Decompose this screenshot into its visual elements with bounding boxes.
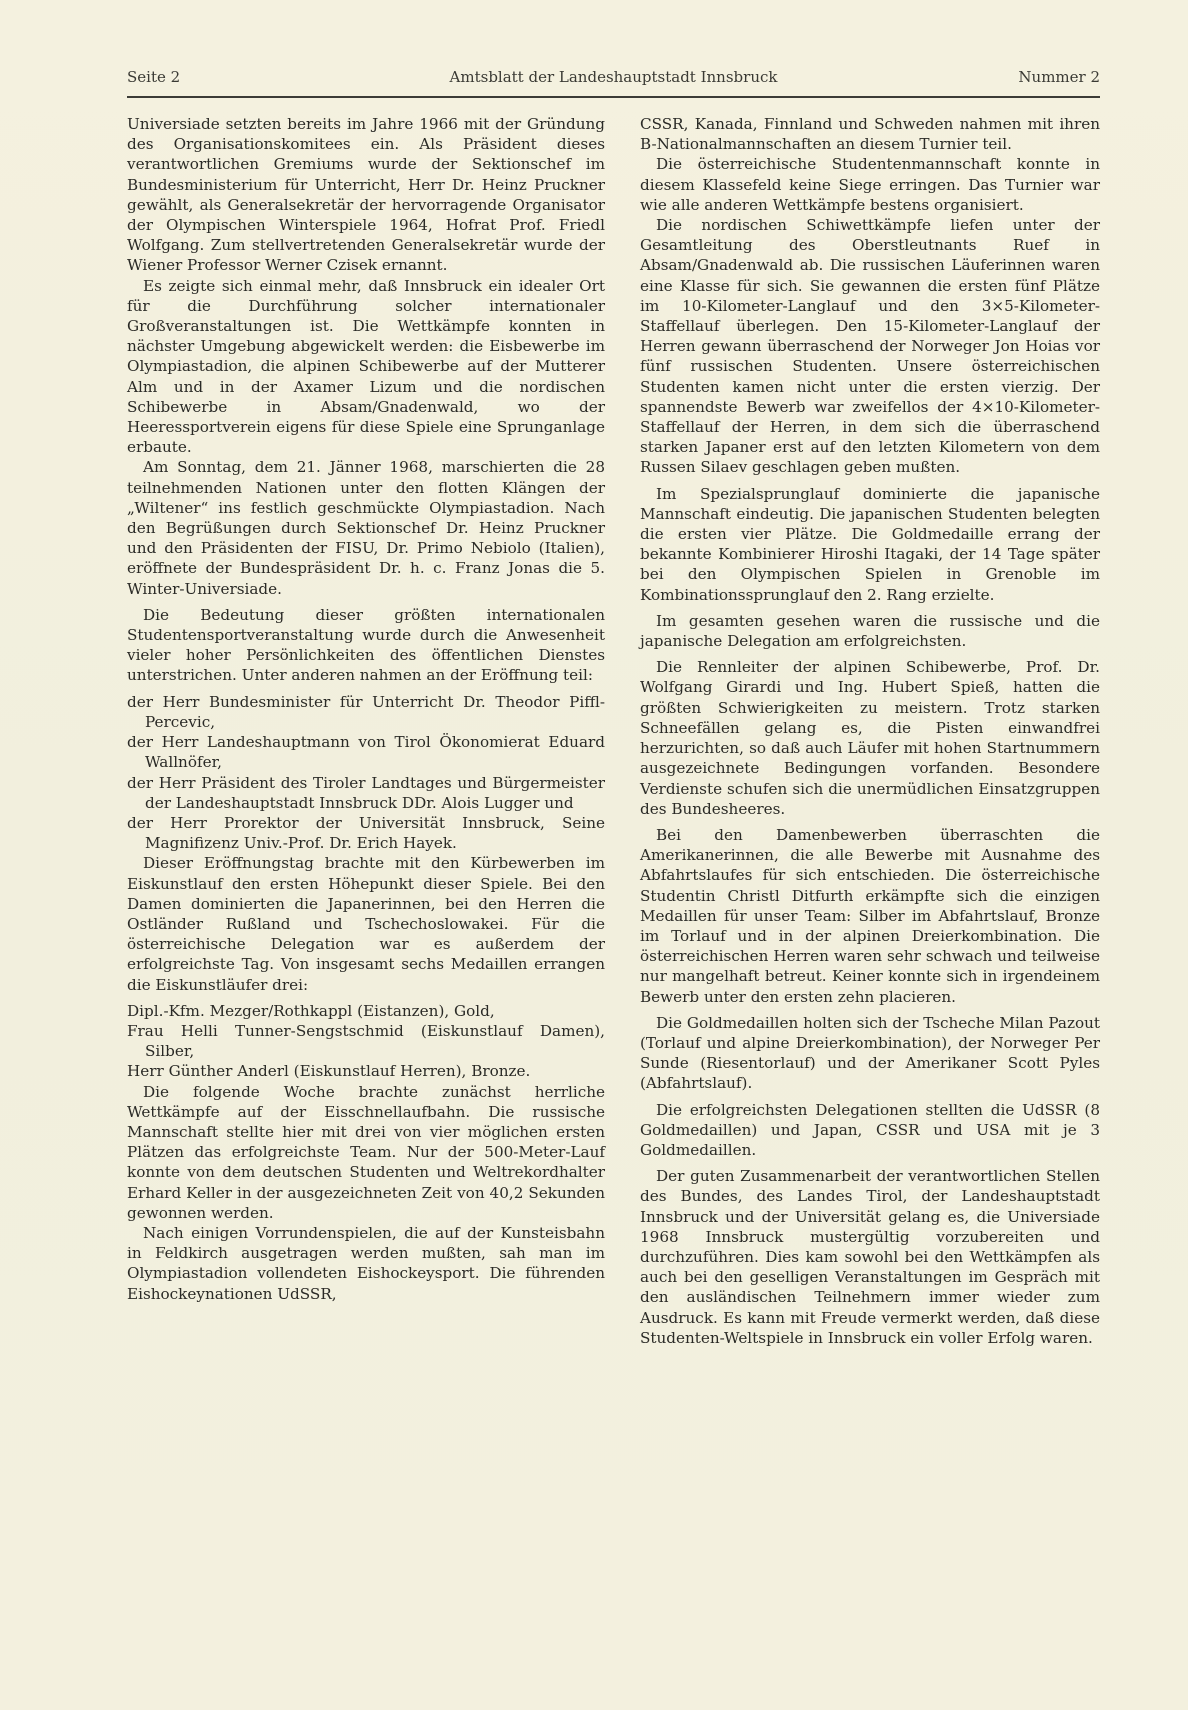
paragraph: Universiade setzten bereits im Jahre 196… [127,114,605,276]
paragraph: Die nordischen Schiwettkämpfe liefen unt… [640,215,1100,478]
paragraph: Die österreichische Studentenmannschaft … [640,154,1100,215]
guest-list-item: der Herr Bundesminister für Unterricht D… [127,692,605,732]
paragraph: Nach einigen Vorrundenspielen, die auf d… [127,1223,605,1304]
guest-list-item: der Herr Präsident des Tiroler Landtages… [127,773,605,813]
paragraph: Es zeigte sich einmal mehr, daß Innsbruc… [127,276,605,458]
paragraph: Bei den Damenbewerben überraschten die A… [640,825,1100,1007]
paragraph: CSSR, Kanada, Finnland und Schweden nahm… [640,114,1100,154]
paragraph: Dieser Eröffnungstag brachte mit den Kür… [127,853,605,994]
medal-list-item: Frau Helli Tunner-Sengstschmid (Eiskunst… [127,1021,605,1061]
publication-title: Amtsblatt der Landeshauptstadt Innsbruck [127,68,1100,86]
paragraph: Der guten Zusammenarbeit der verantwortl… [640,1166,1100,1348]
left-column: Universiade setzten bereits im Jahre 196… [127,114,605,1304]
guest-list-item: der Herr Landeshauptmann von Tirol Ökono… [127,732,605,772]
paragraph: Im gesamten gesehen waren die russische … [640,611,1100,651]
paragraph: Die folgende Woche brachte zunächst herr… [127,1082,605,1223]
medal-list-item: Dipl.-Kfm. Mezger/Rothkappl (Eistanzen),… [127,1001,605,1021]
issue-number: Nummer 2 [1018,68,1100,86]
paragraph: Die Rennleiter der alpinen Schibewerbe, … [640,657,1100,819]
right-column: CSSR, Kanada, Finnland und Schweden nahm… [640,114,1100,1348]
paragraph: Die erfolgreichsten Delegationen stellte… [640,1100,1100,1161]
paragraph: Im Spezialsprunglauf dominierte die japa… [640,484,1100,605]
document-page: Seite 2 Amtsblatt der Landeshauptstadt I… [0,0,1188,1710]
header-rule [127,96,1100,98]
paragraph: Am Sonntag, dem 21. Jänner 1968, marschi… [127,457,605,598]
paragraph: Die Goldmedaillen holten sich der Tschec… [640,1013,1100,1094]
guest-list-item: der Herr Prorektor der Universität Innsb… [127,813,605,853]
paragraph: Die Bedeutung dieser größten internation… [127,605,605,686]
page-header: Seite 2 Amtsblatt der Landeshauptstadt I… [127,68,1100,92]
medal-list-item: Herr Günther Anderl (Eiskunstlauf Herren… [127,1061,605,1081]
